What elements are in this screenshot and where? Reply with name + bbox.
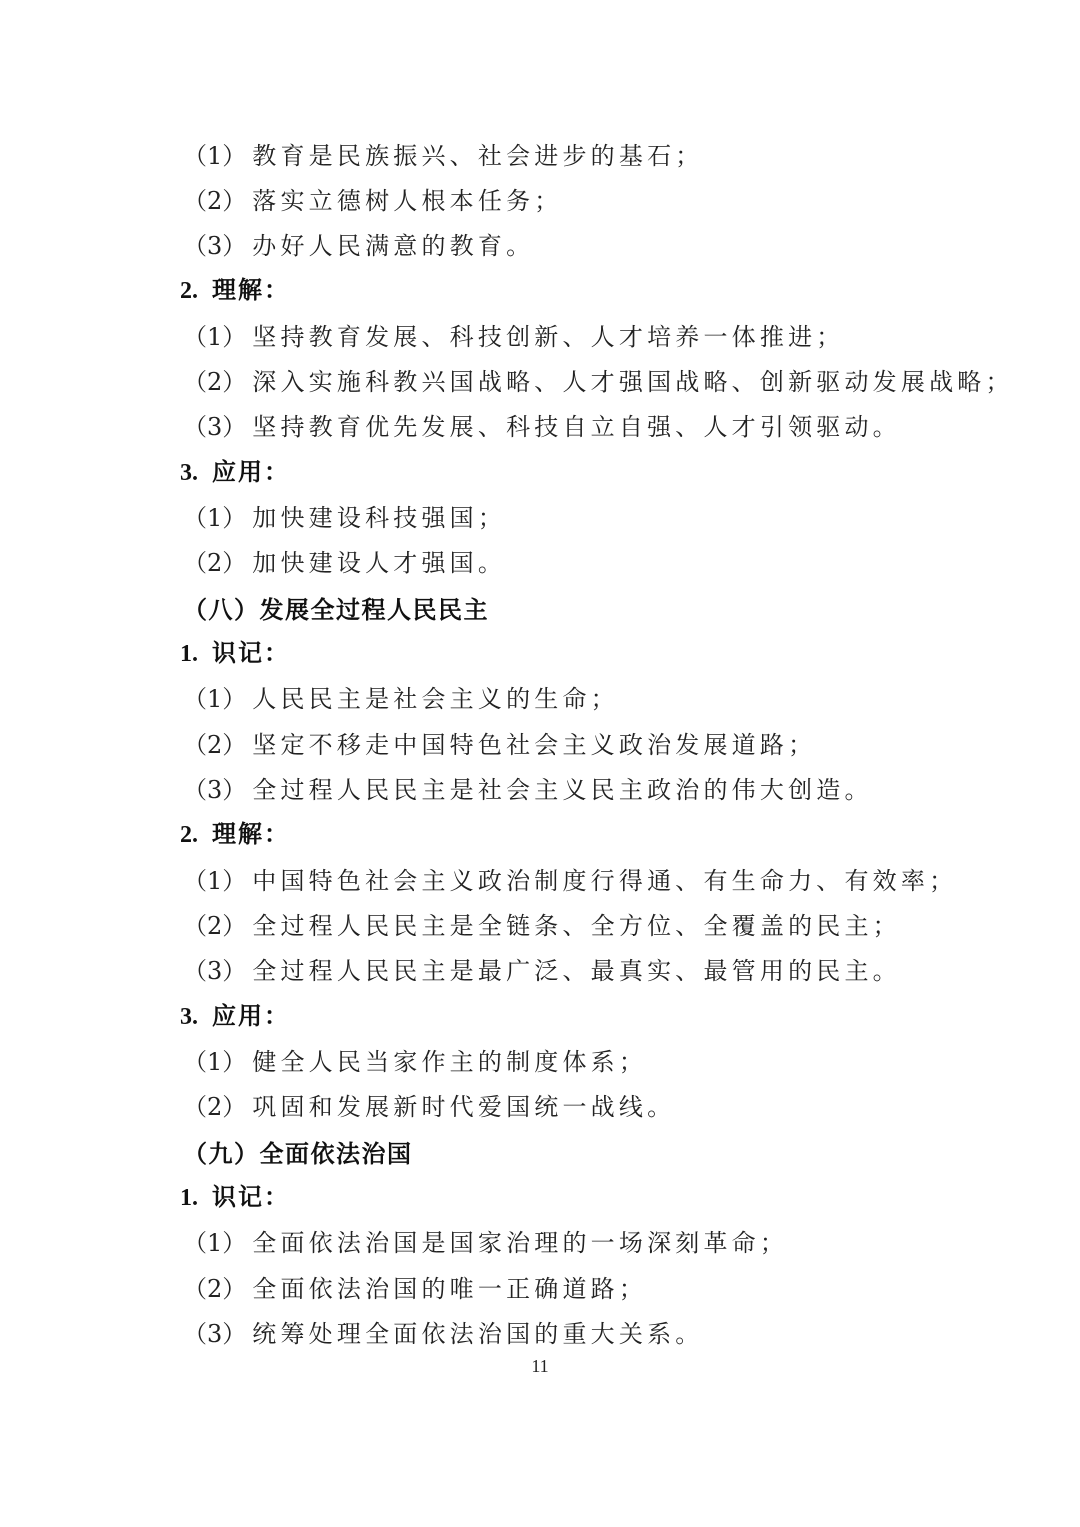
- heading-text: 识记：: [212, 641, 290, 667]
- item-text: 坚持教育发展、科技创新、人才培养一体推进；: [252, 323, 844, 351]
- heading-text: 应用：: [212, 1004, 290, 1030]
- list-item: （2）落实立德树人根本任务；: [183, 179, 562, 224]
- list-item: （3）坚持教育优先发展、科技自立自强、人才引领驱动。: [183, 405, 901, 450]
- item-index: （3）: [183, 1312, 246, 1357]
- list-item: （3）全过程人民民主是社会主义民主政治的伟大创造。: [183, 768, 873, 813]
- item-index: （2）: [183, 1267, 246, 1312]
- item-text: 全面依法治国的唯一正确道路；: [252, 1275, 647, 1303]
- item-text: 深入实施科教兴国战略、人才强国战略、创新驱动发展战略；: [252, 368, 1013, 396]
- subheading-understanding: 2.理解：: [180, 813, 290, 858]
- item-index: （1）: [183, 315, 246, 360]
- list-item: （2）全面依法治国的唯一正确道路；: [183, 1267, 647, 1312]
- subheading-memorization: 1.识记：: [180, 632, 290, 677]
- list-item: （2）巩固和发展新时代爱国统一战线。: [183, 1085, 675, 1130]
- item-text: 加快建设人才强国。: [252, 549, 506, 577]
- list-item: （2）加快建设人才强国。: [183, 541, 506, 586]
- list-item: （2）全过程人民民主是全链条、全方位、全覆盖的民主；: [183, 904, 901, 949]
- item-index: （1）: [183, 1221, 246, 1266]
- list-item: （1）教育是民族振兴、社会进步的基石；: [183, 134, 703, 179]
- page-number: 11: [0, 1356, 1080, 1377]
- item-text: 坚定不移走中国特色社会主义政治发展道路；: [252, 731, 816, 759]
- list-item: （2）坚定不移走中国特色社会主义政治发展道路；: [183, 723, 816, 768]
- item-index: （3）: [183, 224, 246, 269]
- item-text: 中国特色社会主义政治制度行得通、有生命力、有效率；: [252, 867, 957, 895]
- section-heading-8: （八）发展全过程人民民主: [183, 587, 489, 632]
- item-index: （1）: [183, 496, 246, 541]
- subheading-memorization: 1.识记：: [180, 1176, 290, 1221]
- section-heading-9: （九）全面依法治国: [183, 1131, 413, 1176]
- heading-text: 识记：: [212, 1185, 290, 1211]
- list-item: （1）全面依法治国是国家治理的一场深刻革命；: [183, 1221, 788, 1266]
- item-text: 全过程人民民主是最广泛、最真实、最管用的民主。: [252, 957, 901, 985]
- list-item: （1）坚持教育发展、科技创新、人才培养一体推进；: [183, 315, 844, 360]
- heading-number: 1.: [180, 641, 198, 667]
- subheading-application: 3.应用：: [180, 995, 290, 1040]
- item-text: 加快建设科技强国；: [252, 504, 506, 532]
- heading-text: 理解：: [212, 278, 290, 304]
- heading-number: 2.: [180, 278, 198, 304]
- item-text: 统筹处理全面依法治国的重大关系。: [252, 1320, 703, 1348]
- item-text: 教育是民族振兴、社会进步的基石；: [252, 142, 703, 170]
- item-index: （2）: [183, 723, 246, 768]
- heading-number: 1.: [180, 1185, 198, 1211]
- item-text: 全过程人民民主是社会主义民主政治的伟大创造。: [252, 776, 872, 804]
- item-index: （2）: [183, 179, 246, 224]
- list-item: （1）人民民主是社会主义的生命；: [183, 677, 619, 722]
- item-text: 坚持教育优先发展、科技自立自强、人才引领驱动。: [252, 413, 901, 441]
- item-index: （2）: [183, 360, 246, 405]
- item-text: 办好人民满意的教育。: [252, 232, 534, 260]
- item-text: 健全人民当家作主的制度体系；: [252, 1048, 647, 1076]
- item-index: （3）: [183, 768, 246, 813]
- item-index: （3）: [183, 405, 246, 450]
- item-index: （3）: [183, 949, 246, 994]
- heading-text: 理解：: [212, 822, 290, 848]
- list-item: （1）中国特色社会主义政治制度行得通、有生命力、有效率；: [183, 859, 957, 904]
- item-index: （1）: [183, 1040, 246, 1085]
- item-index: （2）: [183, 1085, 246, 1130]
- item-text: 全面依法治国是国家治理的一场深刻革命；: [252, 1229, 788, 1257]
- heading-number: 3.: [180, 460, 198, 486]
- item-index: （1）: [183, 134, 246, 179]
- item-index: （1）: [183, 859, 246, 904]
- item-text: 全过程人民民主是全链条、全方位、全覆盖的民主；: [252, 912, 901, 940]
- list-item: （3）全过程人民民主是最广泛、最真实、最管用的民主。: [183, 949, 901, 994]
- subheading-application: 3.应用：: [180, 451, 290, 496]
- item-index: （2）: [183, 541, 246, 586]
- list-item: （2）深入实施科教兴国战略、人才强国战略、创新驱动发展战略；: [183, 360, 1014, 405]
- item-text: 巩固和发展新时代爱国统一战线。: [252, 1093, 675, 1121]
- item-text: 落实立德树人根本任务；: [252, 187, 562, 215]
- list-item: （3）办好人民满意的教育。: [183, 224, 534, 269]
- list-item: （1）加快建设科技强国；: [183, 496, 506, 541]
- list-item: （1）健全人民当家作主的制度体系；: [183, 1040, 647, 1085]
- heading-number: 3.: [180, 1004, 198, 1030]
- heading-number: 2.: [180, 822, 198, 848]
- item-text: 人民民主是社会主义的生命；: [252, 685, 619, 713]
- heading-text: 应用：: [212, 460, 290, 486]
- list-item: （3）统筹处理全面依法治国的重大关系。: [183, 1312, 703, 1357]
- item-index: （2）: [183, 904, 246, 949]
- item-index: （1）: [183, 677, 246, 722]
- document-page: （1）教育是民族振兴、社会进步的基石； （2）落实立德树人根本任务； （3）办好…: [0, 0, 1080, 1527]
- subheading-understanding: 2.理解：: [180, 269, 290, 314]
